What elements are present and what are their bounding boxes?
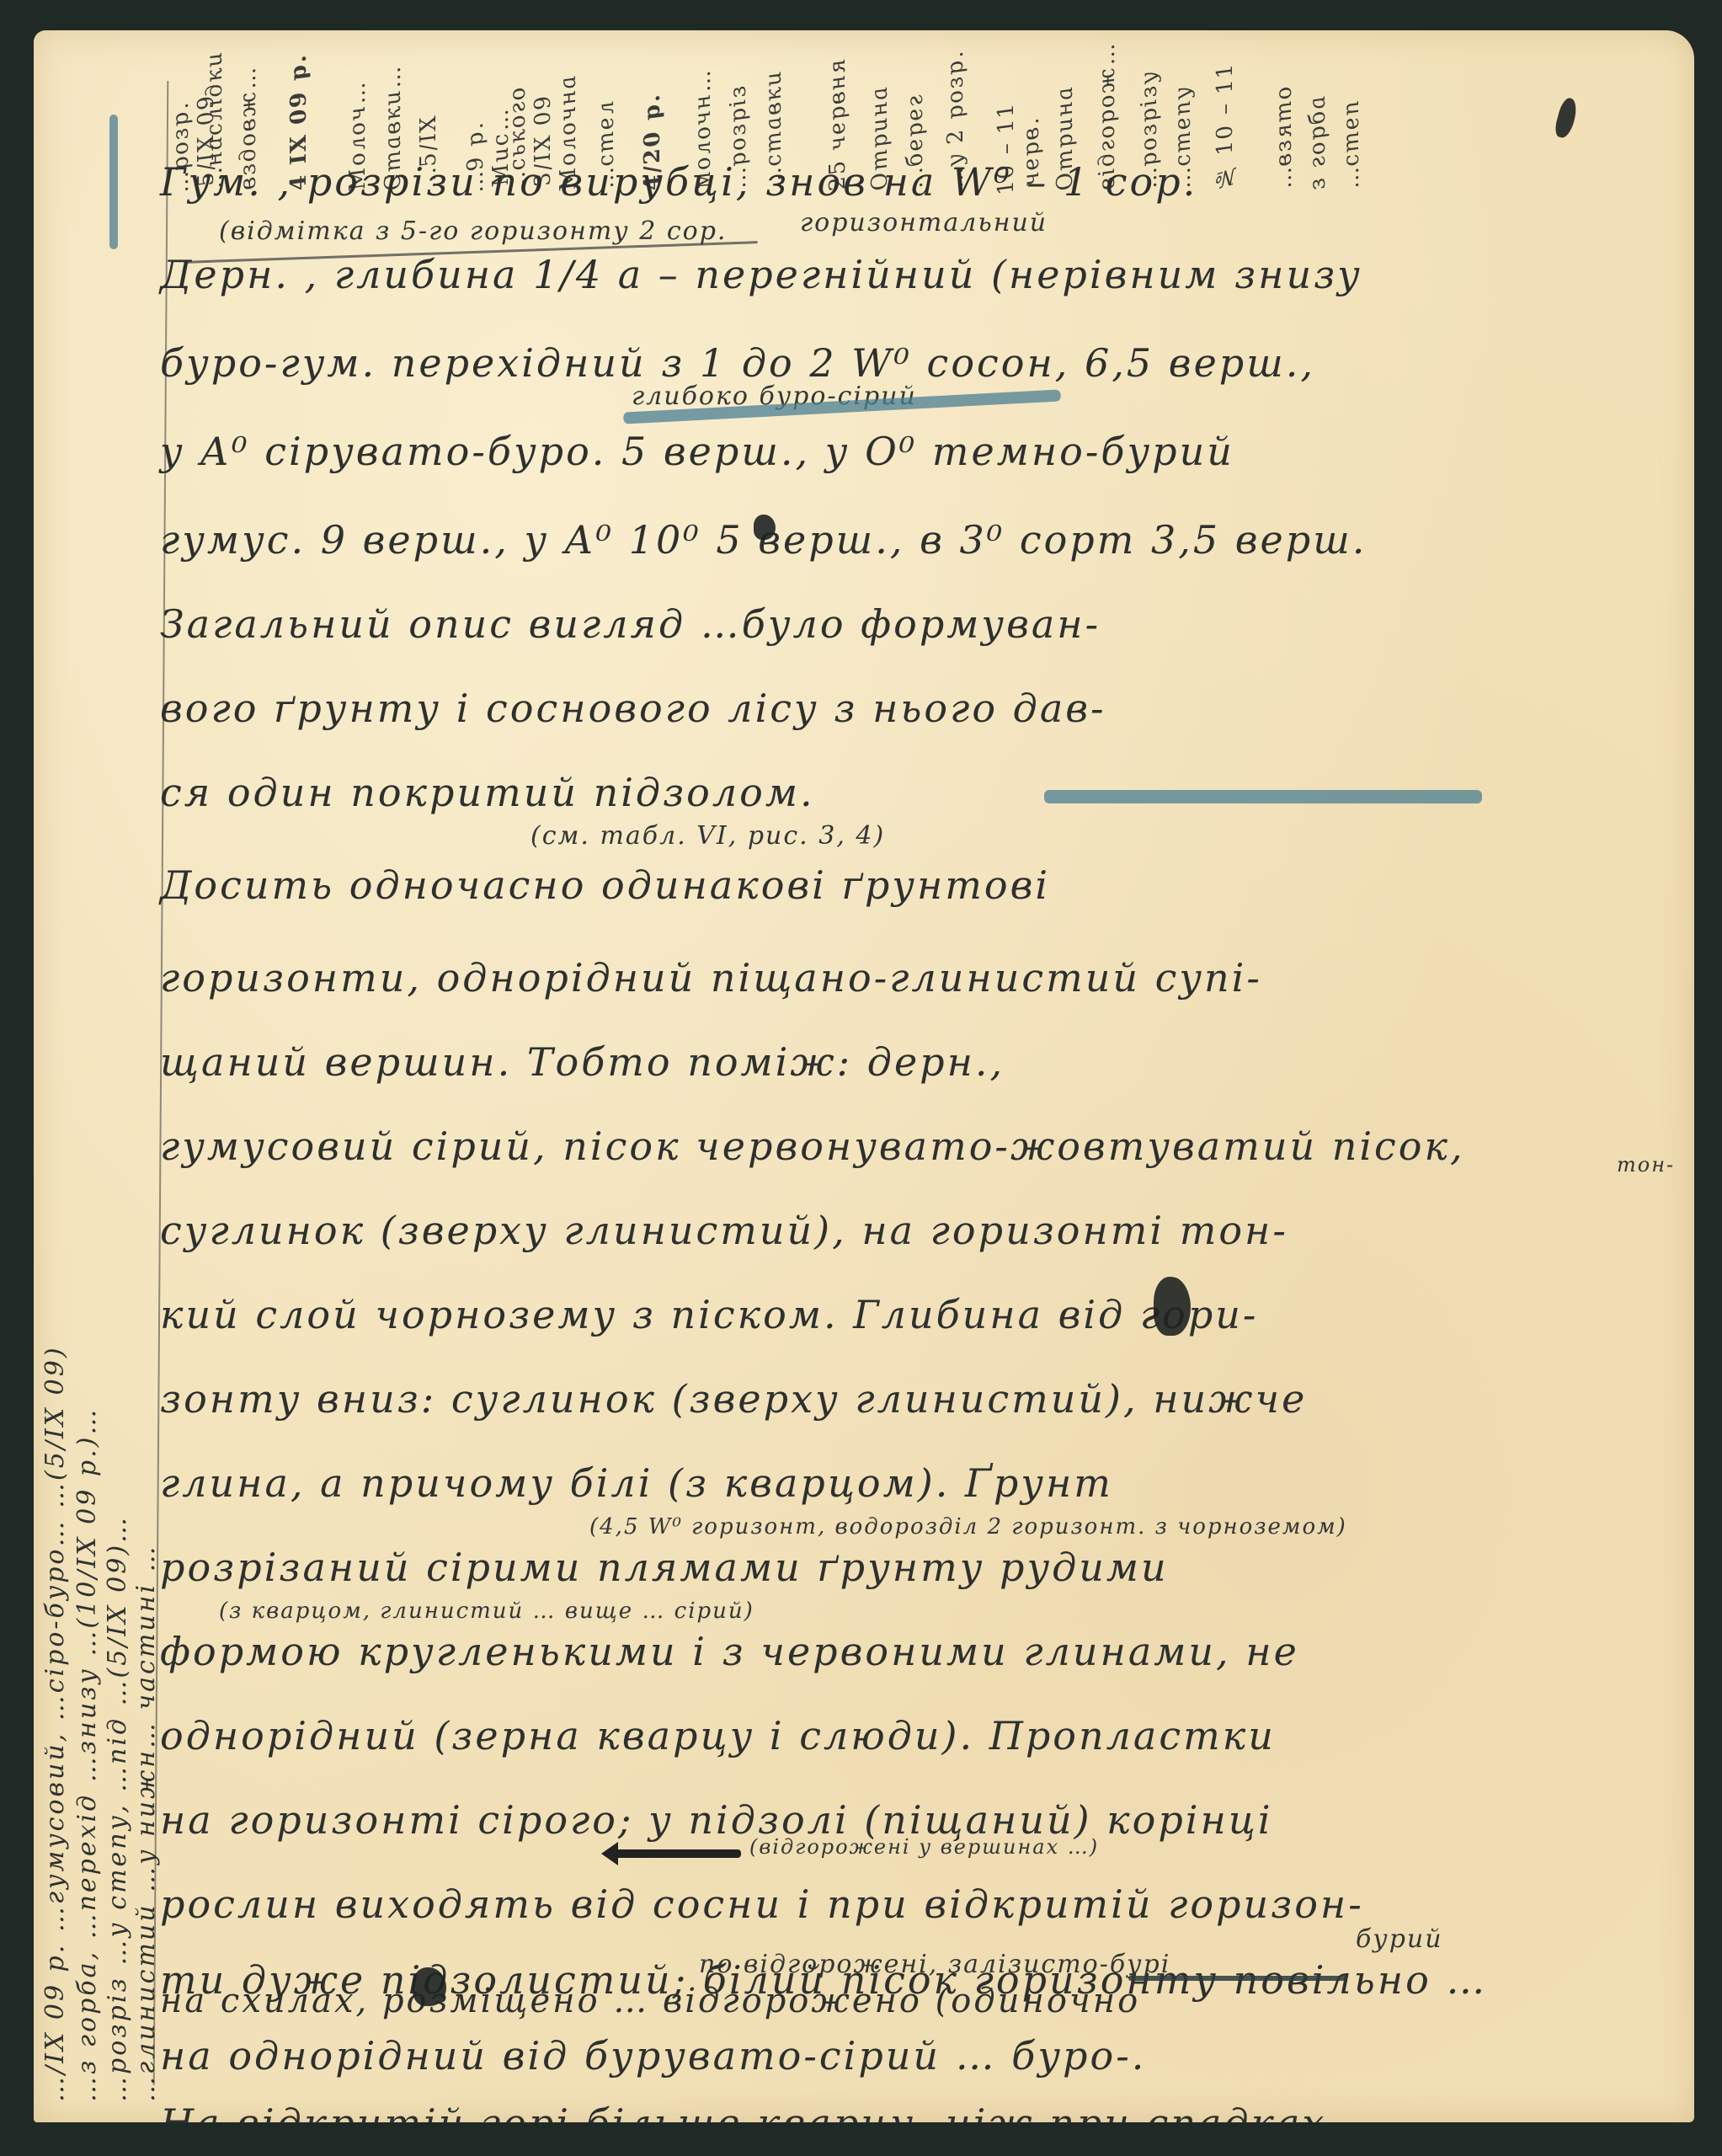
text-line: на схилах, розміщено … відгорожено (один… (160, 1976, 1140, 2026)
text-line: Дерн. , глибина 1/4 а – перегнійний (нер… (160, 249, 1362, 300)
text-line: суглинок (зверху глинистий), на горизонт… (160, 1205, 1288, 1256)
ink-blot (754, 515, 776, 540)
figure-reference: (см. табл. VI, рис. 3, 4) (530, 822, 885, 851)
text-line: формою кругленькими і з червоними глинам… (160, 1626, 1299, 1677)
text-line: горизонти, однорідний піщано-глинистий с… (160, 953, 1262, 1003)
text-line: ся один покритий підзолом. (160, 767, 815, 818)
interlinear-note: (відмітка з 5-го горизонту 2 сор. (219, 217, 727, 246)
top-note: …взято (1272, 35, 1297, 195)
left-note: …/IX 09 р. …гумусовий, …сіро-буро… …(5/I… (39, 64, 72, 2102)
text-line: зонту вниз: суглинок (зверху глинистий),… (160, 1374, 1307, 1424)
top-note: з горба (1305, 35, 1330, 195)
text-line: буро-гум. перехідний з 1 до 2 W⁰ сосон, … (160, 338, 1315, 388)
text-line: глина, а причому білі (з кварцом). Ґрунт (160, 1458, 1113, 1508)
ink-blot (413, 1967, 446, 2006)
text-line: Досить одночасно одинакові ґрунтові (160, 860, 1050, 910)
insertion-arrow (615, 1849, 741, 1858)
interlinear-note: (відгорожені у вершинах …) (749, 1833, 1099, 1861)
left-margin-notes: …/IX 09 р. …гумусовий, …сіро-буро… …(5/I… (34, 64, 160, 2119)
top-note: …степ (1339, 35, 1364, 195)
ink-blot (1154, 1277, 1191, 1336)
strikethrough (1044, 790, 1482, 803)
text-line: рослин виходять від сосни і при відкриті… (160, 1879, 1364, 1929)
text-line: Гум. , розрізи по вирубці, знов на W⁰ – … (160, 157, 1197, 207)
ink-blot (1553, 96, 1580, 140)
interlinear-note: (з кварцом, глинистий … вище … сірий) (219, 1597, 754, 1625)
manuscript-page: …розр. 5/IX 09 …наслідки вздовж… 4 IX 09… (34, 30, 1694, 2122)
interlinear-note: (4,5 W⁰ горизонт, водорозділ 2 горизонт.… (589, 1513, 1347, 1541)
text-line: щаний вершин. Тобто поміж: дерн., (160, 1037, 1005, 1087)
text-line: Загальний опис вигляд …було формуван- (160, 599, 1101, 649)
text-line: кий слой чорнозему з піском. Глибина від… (160, 1289, 1258, 1340)
interlinear-note: бурий (1356, 1925, 1443, 1954)
left-note: …з горба, …перехід …знизу …(10/IX 09 р.)… (71, 64, 104, 2102)
strikethrough (109, 115, 118, 249)
text-line: однорідний (зерна кварцу і слюди). Пропл… (160, 1710, 1276, 1761)
interlinear-note: по відгорожені, залізисто-бурі (699, 1951, 1170, 1979)
interlinear-note: тон- (1617, 1150, 1675, 1179)
left-note: …глинистий …у нижн… частині … (130, 64, 163, 2102)
text-line: гумусовий сірий, пісок червонувато-жовту… (160, 1121, 1465, 1171)
text-line: на однорідний від бурувато-сірий … буро-… (160, 2031, 1146, 2081)
text-line: на горизонті сірого; у підзолі (піщаний)… (160, 1795, 1273, 1845)
text-line: розрізаний сірими плямами ґрунту рудими (160, 1542, 1169, 1593)
text-line: На відкритій горі більше кварцу, ніж при… (160, 2098, 1326, 2122)
top-note: № 10 – 11 (1213, 35, 1238, 195)
text-line: вого ґрунту і соснового лісу з нього дав… (160, 683, 1106, 734)
interlinear-note: горизонтальний (800, 209, 1048, 237)
text-line: у А⁰ сірувато-буро. 5 верш., у O⁰ темно-… (160, 426, 1234, 477)
